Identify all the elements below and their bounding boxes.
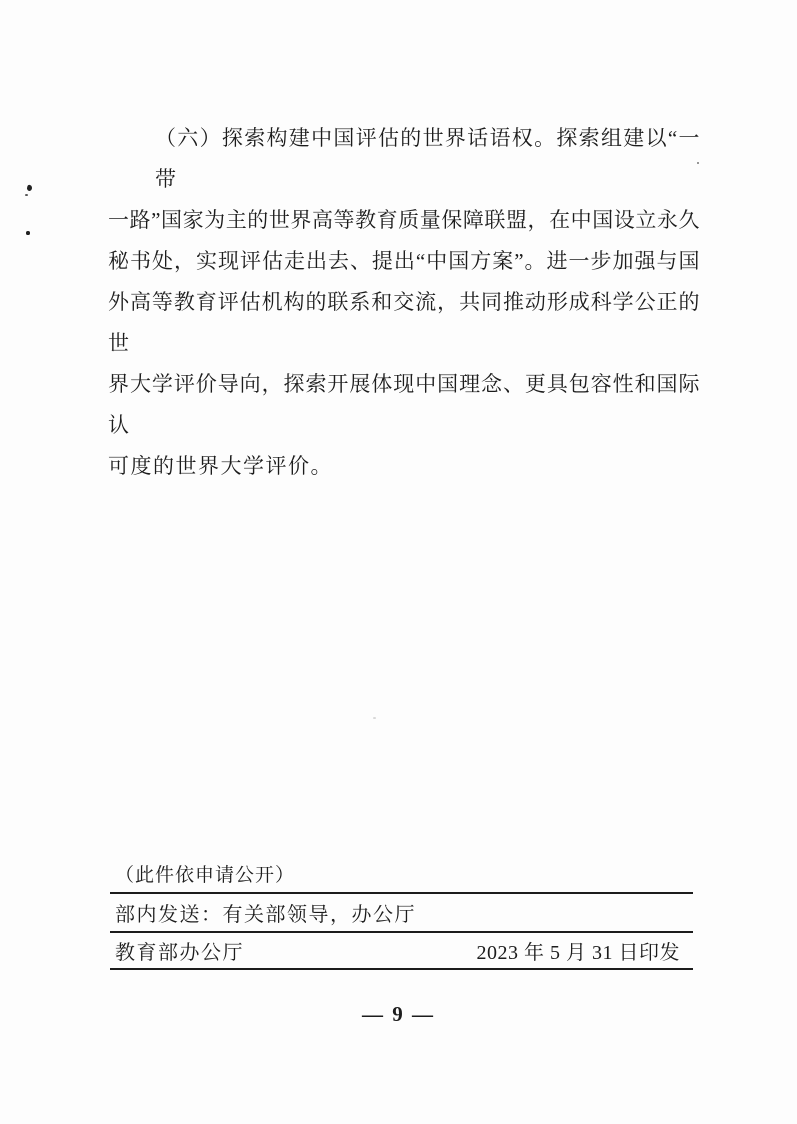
- print-date: 2023 年 5 月 31 日印发: [477, 939, 681, 967]
- paragraph-line: 外高等教育评估机构的联系和交流，共同推动形成科学公正的世: [108, 282, 700, 364]
- paragraph-line: 界大学评价导向，探索开展体现中国理念、更具包容性和国际认: [108, 364, 700, 446]
- body-paragraph: （六）探索构建中国评估的世界话语权。探索组建以“一带 一路”国家为主的世界高等教…: [108, 118, 700, 487]
- distribution-note: 部内发送：有关部领导，办公厅: [115, 901, 416, 929]
- paragraph-line: 秘书处，实现评估走出去、提出“中国方案”。进一步加强与国: [108, 241, 700, 282]
- paragraph-line: 可度的世界大学评价。: [108, 446, 700, 487]
- ink-speck: [373, 717, 376, 719]
- issuer-row: 教育部办公厅 2023 年 5 月 31 日印发: [115, 939, 680, 967]
- separator-line: [110, 968, 693, 970]
- ink-speck: [26, 231, 30, 235]
- ink-speck: [25, 194, 28, 196]
- separator-line: [110, 892, 693, 894]
- separator-line: [110, 931, 693, 933]
- paragraph-line: 一路”国家为主的世界高等教育质量保障联盟，在中国设立永久: [108, 200, 700, 241]
- issuing-office: 教育部办公厅: [115, 939, 244, 967]
- ink-speck: [26, 184, 33, 191]
- paragraph-line: （六）探索构建中国评估的世界话语权。探索组建以“一带: [108, 118, 700, 200]
- page-number: — 9 —: [0, 1002, 797, 1027]
- disclosure-note: （此件依申请公开）: [115, 862, 295, 890]
- document-page: （六）探索构建中国评估的世界话语权。探索组建以“一带 一路”国家为主的世界高等教…: [0, 0, 797, 1124]
- ink-speck: [697, 162, 699, 164]
